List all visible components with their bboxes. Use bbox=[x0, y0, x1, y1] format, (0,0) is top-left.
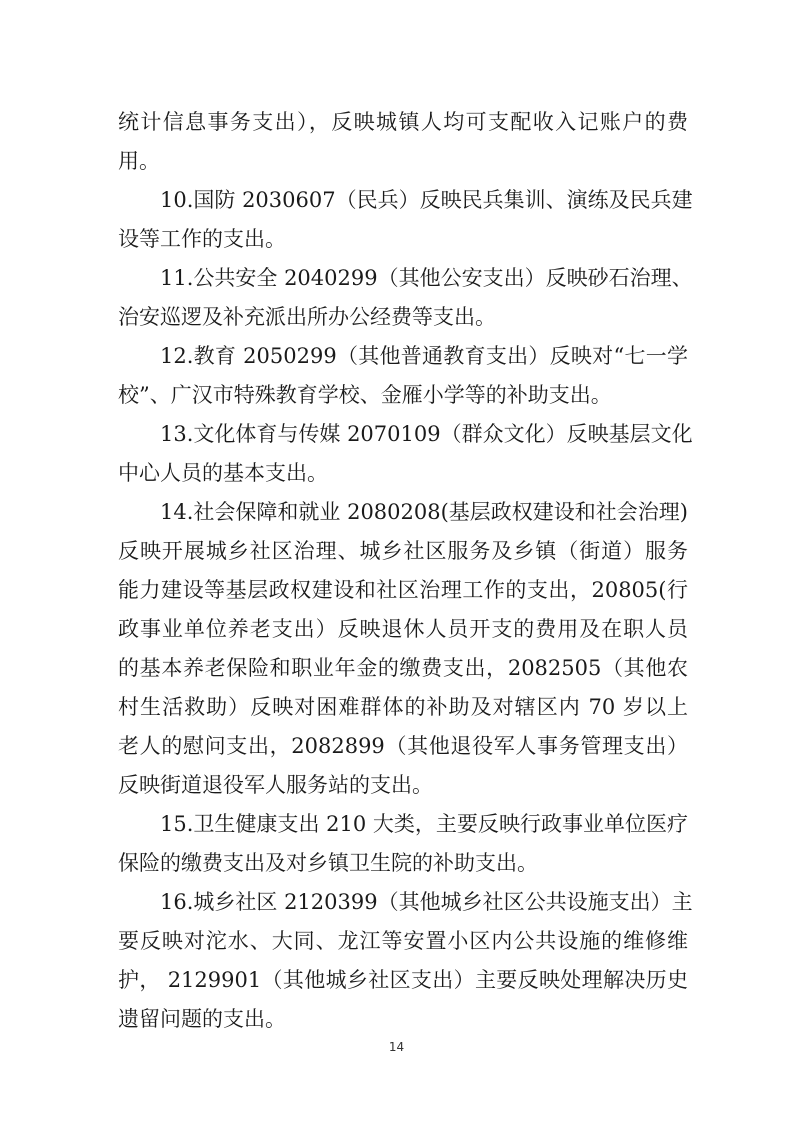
item-16-line: 要反映对沱水、大同、龙江等安置小区内公共设施的维修维 bbox=[118, 926, 688, 956]
item-14-line: 14.社会保障和就业 2080208(基层政权建设和社会治理) bbox=[160, 497, 688, 527]
item-15-line: 保险的缴费支出及对乡镇卫生院的补助支出。 bbox=[118, 848, 688, 878]
item-13-line: 13.文化体育与传媒 2070109（群众文化）反映基层文化 bbox=[160, 419, 688, 449]
document-page: 统计信息事务支出），反映城镇人均可支配收入记账户的费 用。 10.国防 2030… bbox=[0, 0, 793, 1122]
item-11-line: 治安巡逻及补充派出所办公经费等支出。 bbox=[118, 302, 688, 332]
item-10-line: 10.国防 2030607（民兵）反映民兵集训、演练及民兵建 bbox=[160, 185, 688, 215]
item-13-line: 中心人员的基本支出。 bbox=[118, 458, 688, 488]
item-14-line: 能力建设等基层政权建设和社区治理工作的支出，20805(行 bbox=[118, 575, 688, 605]
item-14-line: 村生活救助）反映对困难群体的补助及对辖区内 70 岁以上 bbox=[118, 692, 688, 722]
item-16-line: 16.城乡社区 2120399（其他城乡社区公共设施支出）主 bbox=[160, 887, 688, 917]
paragraph-continuation-line: 统计信息事务支出），反映城镇人均可支配收入记账户的费 bbox=[118, 107, 688, 137]
item-16-line: 护， 2129901（其他城乡社区支出）主要反映处理解决历史 bbox=[118, 965, 688, 995]
item-15-line: 15.卫生健康支出 210 大类，主要反映行政事业单位医疗 bbox=[160, 809, 688, 839]
item-14-line: 反映街道退役军人服务站的支出。 bbox=[118, 770, 688, 800]
item-16-line: 遗留问题的支出。 bbox=[118, 1004, 688, 1034]
page-number: 14 bbox=[0, 1040, 793, 1054]
item-14-line: 政事业单位养老支出）反映退休人员开支的费用及在职人员 bbox=[118, 614, 688, 644]
item-12-line: 12.教育 2050299（其他普通教育支出）反映对“七一学 bbox=[160, 341, 688, 371]
item-12-line: 校”、广汉市特殊教育学校、金雁小学等的补助支出。 bbox=[118, 380, 688, 410]
paragraph-continuation-line: 用。 bbox=[118, 146, 688, 176]
item-14-line: 的基本养老保险和职业年金的缴费支出，2082505（其他农 bbox=[118, 653, 688, 683]
item-14-line: 反映开展城乡社区治理、城乡社区服务及乡镇（街道）服务 bbox=[118, 536, 688, 566]
item-10-line: 设等工作的支出。 bbox=[118, 224, 688, 254]
item-11-line: 11.公共安全 2040299（其他公安支出）反映砂石治理、 bbox=[160, 263, 688, 293]
item-14-line: 老人的慰问支出，2082899（其他退役军人事务管理支出） bbox=[118, 731, 688, 761]
